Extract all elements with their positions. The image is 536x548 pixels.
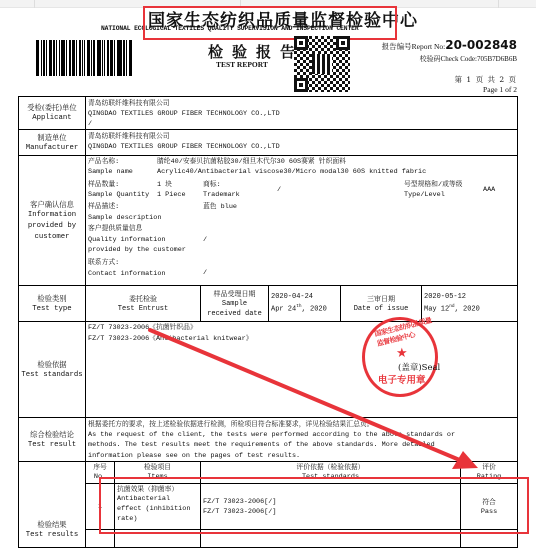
barcode-bar [123,40,125,76]
standards-row: 检验依据 Test standards FZ/T 73023-2006《抗菌针织… [19,321,517,417]
barcode-icon [36,40,140,76]
quantity-en: 1 Piece [157,190,186,201]
sample-name-label-cn: 产品名称: [88,157,119,168]
conclusion-label-cn: 综合检验结论 [30,429,74,440]
received-date-label-en: received date [207,309,262,319]
customer-info-label-en: Information [28,210,76,221]
quality-label-en: Quality information [88,235,166,246]
results-label-en: Test results [26,530,79,541]
customer-info-label-en: provided by [28,221,76,232]
standards-label-cn: 检验依据 [37,359,66,370]
received-date-en: Apr 24th, 2020 [271,302,327,314]
test-type-row: 检验类别 Test type 委托检验 Test Entrust 样品受理日期 … [19,285,517,321]
received-date-label-cn: 样品受理日期 [214,289,256,299]
conclusion-value: 根据委托方的要求，按上述检验依据进行检测，所检项目符合标准要求，详见检验结果汇总… [86,418,517,461]
applicant-extra: / [88,119,515,130]
stamp-star-icon: ★ [396,346,408,361]
manufacturer-name-cn: 青岛纺联纤维科技有限公司 [88,131,515,142]
applicant-name-cn: 青岛纺联纤维科技有限公司 [88,98,515,109]
barcode-bar [43,40,45,76]
stamp-bottom-text: 电子专用章 [378,372,426,386]
conclusion-text-en: As the request of the client, the tests … [88,430,515,441]
barcode-bar [49,40,52,76]
check-code: 校验码Check Code:705B7D6B6B [420,54,517,64]
conclusion-row: 综合检验结论 Test result 根据委托方的要求，按上述检验依据进行检测，… [19,417,517,461]
trademark-label-cn: 商标: [203,180,221,191]
barcode-bar [61,40,65,76]
issue-date-en: May 12nd, 2020 [424,302,480,314]
manufacturer-label-en: Manufacturer [26,143,79,154]
received-date-value: 2020-04-24 Apr 24th, 2020 [269,286,341,321]
seal-label: (盖章)Seal [398,361,440,373]
test-type-value: 委托检验 Test Entrust [86,286,201,321]
toolbar-divider [34,0,35,8]
check-code-label: 校验码Check Code: [420,55,477,63]
check-code-value: 705B7D6B6B [477,55,517,63]
applicant-label: 受检(委托)单位 Applicant [19,97,86,129]
official-seal-stamp: 国家生态纺织品质量监督检验中心 ★ 电子专用章 [362,317,438,397]
quantity-label-cn: 样品数量: [88,180,119,191]
qr-finder [294,36,308,50]
barcode-bar [110,40,113,76]
description-label-en: Sample description [88,213,161,224]
manufacturer-label-cn: 制造单位 [37,132,66,143]
sample-name-cn: 腈纶40/安泰贝抗菌粘胶30/细旦木代尔30 60S赛紧 针织面料 [157,157,346,168]
quantity-cn: 1 块 [157,180,172,191]
applicant-name-en: QINGDAO TEXTILES GROUP FIBER TECHNOLOGY … [88,109,515,120]
conclusion-text-en: information please see on the pages of t… [88,451,515,462]
barcode-bar [126,40,127,76]
barcode-bar [69,40,71,76]
applicant-label-en: Applicant [32,113,71,124]
barcode-bar [104,40,105,76]
standards-value: FZ/T 73023-2006《抗菌针织品》 FZ/T 73023-2006《A… [86,322,517,417]
issue-date-label-cn: 三审日期 [367,294,395,304]
test-type-label: 检验类别 Test type [19,286,86,321]
issue-date-en-main: May 12 [424,306,449,314]
annotation-highlight-box-top [143,6,397,40]
barcode-bar [76,40,77,76]
applicant-row: 受检(委托)单位 Applicant 青岛纺联纤维科技有限公司 QINGDAO … [19,97,517,129]
type-value: AAA [483,185,495,196]
barcode-bar [41,40,42,76]
barcode-bar [46,40,47,76]
sample-name-en: Acrylic40/Antibacterial viscose30/Micro … [157,167,426,178]
manufacturer-name-en: QINGDAO TEXTILES GROUP FIBER TECHNOLOGY … [88,142,515,153]
description-value: 蓝色 blue [203,202,237,213]
barcode-bar [79,40,81,76]
conclusion-text-en: methods. The test results meet the requi… [88,440,515,451]
header-rating-cn: 评价 [463,462,515,472]
manufacturer-row: 制造单位 Manufacturer 青岛纺联纤维科技有限公司 QINGDAO T… [19,129,517,155]
barcode-bar [114,40,115,76]
barcode-bar [36,40,39,76]
test-type-value-cn: 委托检验 [129,294,157,304]
quality-value: / [203,235,207,246]
test-type-value-en: Test Entrust [118,304,168,314]
barcode-bar [117,40,122,76]
type-label-en: Type/Level [404,190,445,201]
barcode-bar [82,40,83,76]
header-standards-cn: 评价依据（检验依据） [203,462,458,472]
customer-info-row: 客户确认信息 Information provided by customer … [19,155,517,285]
page-indicator-en: Page 1 of 2 [483,85,517,94]
applicant-label-cn: 受检(委托)单位 [27,102,76,113]
conclusion-label: 综合检验结论 Test result [19,418,86,461]
toolbar-divider [498,0,499,8]
contact-label-en: Contact information [88,269,166,280]
customer-info-label: 客户确认信息 Information provided by customer [19,156,86,285]
barcode-bar [66,40,67,76]
received-date-label: 样品受理日期 Sample received date [201,286,269,321]
test-type-label-cn: 检验类别 [37,293,66,304]
manufacturer-value: 青岛纺联纤维科技有限公司 QINGDAO TEXTILES GROUP FIBE… [86,130,517,155]
barcode-bar [59,40,60,76]
qr-code-icon [294,36,350,92]
customer-info-value: 产品名称: Sample name 腈纶40/安泰贝抗菌粘胶30/细旦木代尔30… [86,156,517,285]
barcode-bar [53,40,55,76]
barcode-bar [97,40,101,76]
received-date-label-en: Sample [222,299,247,309]
manufacturer-label: 制造单位 Manufacturer [19,130,86,155]
description-label-cn: 样品描述: [88,202,119,213]
trademark-value: / [277,185,281,196]
issue-date-label: 三审日期 Date of issue [341,286,422,321]
report-number: 报告编号Report No:20-002848 [382,38,517,52]
received-date-en-year: , 2020 [302,306,327,314]
applicant-value: 青岛纺联纤维科技有限公司 QINGDAO TEXTILES GROUP FIBE… [86,97,517,129]
barcode-bar [107,40,109,76]
conclusion-text-cn: 根据委托方的要求，按上述检验依据进行检测，所检项目符合标准要求，详见检验结果汇总… [88,419,515,430]
barcode-bar [72,40,75,76]
standards-label-en: Test standards [21,370,82,381]
issue-date: 2020-05-12 [424,292,466,302]
issue-date-value: 2020-05-12 May 12nd, 2020 [422,286,517,321]
qr-finder [336,36,350,50]
quantity-label-en: Sample Quantity [88,190,149,201]
report-number-label: 报告编号Report No: [382,42,446,51]
barcode-bar [91,40,92,76]
header-items-cn: 检验项目 [117,462,198,472]
standard-line-cn: FZ/T 73023-2006《抗菌针织品》 [88,323,515,334]
conclusion-label-en: Test result [28,440,76,451]
trademark-label-en: Trademark [203,190,240,201]
contact-label-cn: 联系方式: [88,258,119,269]
customer-info-label-en: customer [34,232,69,243]
results-label: 检验结果 Test results [19,462,86,547]
results-label-cn: 检验结果 [37,519,66,530]
quality-label-cn: 客户提供质量信息 [88,224,142,235]
issue-date-en-year: , 2020 [455,306,480,314]
type-label-cn: 号型规格和/或等级 [404,180,462,191]
barcode-bar [129,40,132,76]
barcode-bar [102,40,103,76]
standard-line-en: FZ/T 73023-2006《Antibacterial knitwear》 [88,334,515,345]
report-title-en: TEST REPORT [216,60,268,69]
barcode-bar [87,40,90,76]
qr-data [312,54,332,74]
test-type-label-en: Test type [32,304,71,315]
barcode-bar [84,40,85,76]
customer-info-label-cn: 客户确认信息 [30,199,74,210]
header-no-cn: 序号 [88,462,112,472]
report-number-value: 20-002848 [445,38,517,52]
received-date: 2020-04-24 [271,292,313,302]
report-title-cn: 检验报告 [208,41,304,62]
barcode-bar [93,40,95,76]
quality-label-en: provided by the customer [88,245,186,256]
received-date-en-main: Apr 24 [271,306,296,314]
contact-value: / [203,268,207,279]
annotation-highlight-box-bottom [99,477,529,534]
sample-name-label-en: Sample name [88,167,133,178]
standards-label: 检验依据 Test standards [19,322,86,417]
qr-finder [294,78,308,92]
barcode-bar [56,40,57,76]
page-indicator-cn: 第 1 页 共 2 页 [455,74,517,85]
issue-date-label-en: Date of issue [354,304,409,314]
